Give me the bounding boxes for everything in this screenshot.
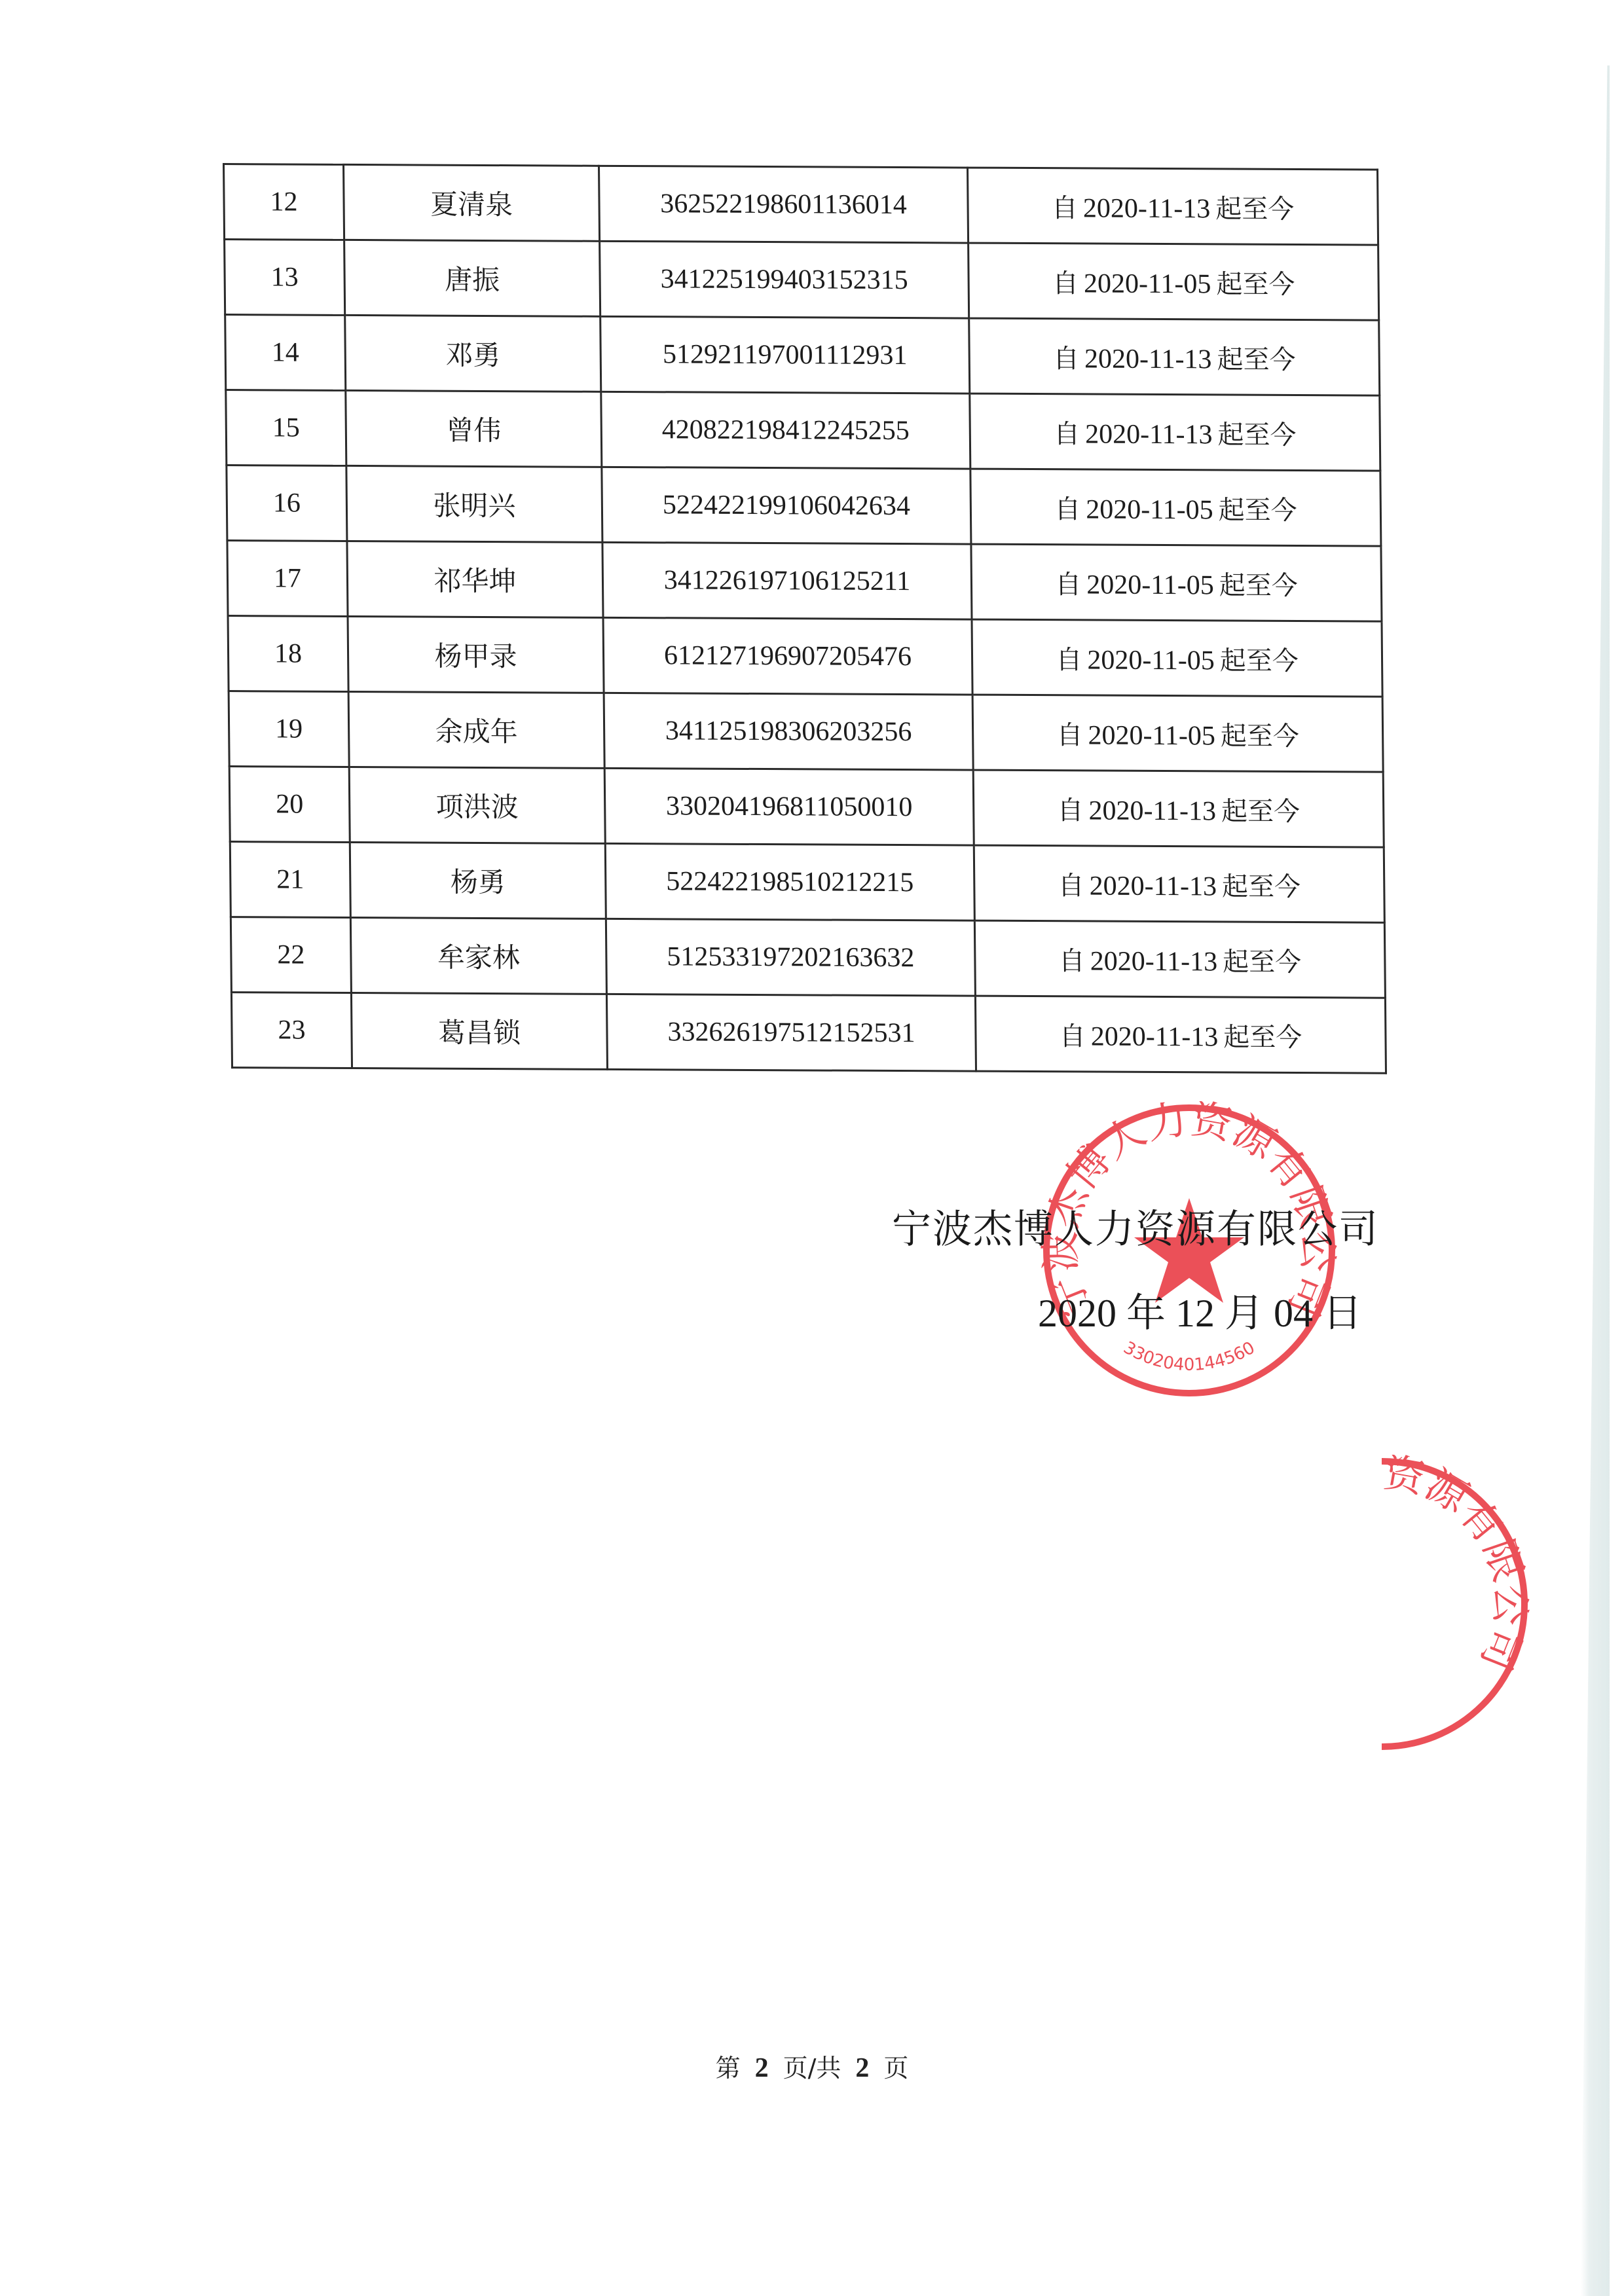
period-start-date: 2020-11-13 bbox=[1090, 946, 1217, 977]
employment-period: 自2020-11-13起至今 bbox=[969, 318, 1380, 395]
period-suffix: 起至今 bbox=[1222, 871, 1301, 902]
seal-code-text: 3302040144560 bbox=[1120, 1338, 1258, 1375]
period-start-date: 2020-11-13 bbox=[1084, 344, 1212, 374]
period-suffix: 起至今 bbox=[1223, 947, 1301, 977]
scan-edge-artifact bbox=[1581, 65, 1610, 2296]
employee-name: 葛昌锁 bbox=[351, 993, 607, 1069]
footer-prefix: 第 bbox=[716, 2054, 741, 2083]
period-start-date: 2020-11-05 bbox=[1087, 645, 1215, 676]
partial-seal-ring-text: 宁波杰博人力资源有限公司 bbox=[1232, 1455, 1531, 1677]
period-suffix: 起至今 bbox=[1221, 796, 1300, 827]
table-row: 13唐振341225199403152315自2020-11-05起至今 bbox=[225, 240, 1379, 321]
employment-period: 自2020-11-13起至今 bbox=[975, 996, 1386, 1073]
table-row: 19余成年341125198306203256自2020-11-05起至今 bbox=[229, 691, 1383, 773]
period-suffix: 起至今 bbox=[1217, 420, 1296, 450]
table-row: 16张明兴522422199106042634自2020-11-05起至今 bbox=[227, 465, 1381, 547]
row-number: 14 bbox=[225, 315, 346, 391]
employee-name: 邓勇 bbox=[345, 315, 601, 392]
employee-name: 祁华坤 bbox=[347, 541, 603, 617]
period-prefix: 自 bbox=[1060, 1021, 1086, 1051]
employee-name: 唐振 bbox=[344, 240, 600, 316]
employment-period: 自2020-11-13起至今 bbox=[974, 920, 1385, 998]
id-number: 330204196811050010 bbox=[604, 768, 974, 845]
id-number: 332626197512152531 bbox=[606, 994, 976, 1071]
employment-period: 自2020-11-05起至今 bbox=[971, 544, 1382, 621]
period-start-date: 2020-11-13 bbox=[1083, 193, 1211, 224]
id-number: 522422199106042634 bbox=[602, 467, 971, 544]
row-number: 22 bbox=[231, 917, 351, 993]
row-number: 19 bbox=[229, 691, 349, 767]
employee-name: 杨勇 bbox=[350, 842, 606, 919]
employment-period: 自2020-11-13起至今 bbox=[974, 845, 1384, 922]
period-suffix: 起至今 bbox=[1215, 194, 1294, 225]
row-number: 12 bbox=[224, 164, 344, 240]
period-prefix: 自 bbox=[1055, 570, 1081, 600]
partial-seal-stamp: 宁波杰博人力资源有限公司 bbox=[1232, 1455, 1531, 1753]
row-number: 13 bbox=[225, 240, 345, 316]
period-suffix: 起至今 bbox=[1216, 269, 1295, 300]
id-number: 362522198601136014 bbox=[599, 166, 969, 243]
employment-period: 自2020-11-05起至今 bbox=[972, 619, 1382, 697]
id-number: 512921197001112931 bbox=[600, 316, 970, 393]
period-prefix: 自 bbox=[1058, 946, 1084, 976]
period-start-date: 2020-11-13 bbox=[1089, 871, 1217, 902]
period-prefix: 自 bbox=[1054, 419, 1080, 449]
id-number: 420822198412245255 bbox=[601, 392, 970, 469]
id-number: 512533197202163632 bbox=[606, 919, 975, 996]
period-prefix: 自 bbox=[1052, 193, 1078, 223]
employment-period: 自2020-11-13起至今 bbox=[970, 393, 1380, 471]
period-suffix: 起至今 bbox=[1223, 1022, 1302, 1053]
employment-period: 自2020-11-13起至今 bbox=[968, 168, 1378, 245]
table-row: 23葛昌锁332626197512152531自2020-11-13起至今 bbox=[231, 993, 1386, 1074]
employment-period: 自2020-11-05起至今 bbox=[970, 469, 1381, 546]
table-row: 17祁华坤341226197106125211自2020-11-05起至今 bbox=[227, 541, 1382, 622]
footer-total-pages: 2 bbox=[855, 2053, 869, 2083]
row-number: 15 bbox=[226, 390, 346, 466]
period-prefix: 自 bbox=[1052, 268, 1079, 299]
period-prefix: 自 bbox=[1054, 494, 1080, 524]
period-prefix: 自 bbox=[1058, 871, 1084, 901]
table-row: 14邓勇512921197001112931自2020-11-13起至今 bbox=[225, 315, 1380, 396]
table-row: 12夏清泉362522198601136014自2020-11-13起至今 bbox=[224, 164, 1378, 246]
row-number: 16 bbox=[227, 465, 347, 541]
roster-table: 12夏清泉362522198601136014自2020-11-13起至今13唐… bbox=[223, 163, 1387, 1074]
footer-middle: 页/共 bbox=[783, 2054, 841, 2083]
row-number: 20 bbox=[229, 767, 350, 843]
period-start-date: 2020-11-13 bbox=[1091, 1021, 1219, 1052]
period-start-date: 2020-11-05 bbox=[1086, 570, 1214, 600]
employee-name: 曾伟 bbox=[346, 390, 602, 467]
footer-page-number: 2 bbox=[755, 2053, 769, 2083]
id-number: 341225199403152315 bbox=[600, 241, 969, 318]
employee-name: 牟家林 bbox=[350, 917, 606, 994]
row-number: 21 bbox=[230, 842, 350, 918]
employee-name: 杨甲录 bbox=[348, 616, 604, 693]
period-start-date: 2020-11-05 bbox=[1086, 494, 1213, 525]
period-prefix: 自 bbox=[1056, 720, 1082, 750]
id-number: 341125198306203256 bbox=[604, 693, 973, 770]
table-row: 20项洪波330204196811050010自2020-11-13起至今 bbox=[229, 767, 1384, 848]
row-number: 23 bbox=[231, 993, 352, 1068]
employment-period: 自2020-11-05起至今 bbox=[969, 243, 1379, 320]
roster-table-body: 12夏清泉362522198601136014自2020-11-13起至今13唐… bbox=[224, 164, 1386, 1074]
roster-table-container: 12夏清泉362522198601136014自2020-11-13起至今13唐… bbox=[223, 163, 1377, 1074]
period-start-date: 2020-11-13 bbox=[1085, 419, 1213, 450]
table-row: 21杨勇522422198510212215自2020-11-13起至今 bbox=[230, 842, 1384, 923]
id-number: 612127196907205476 bbox=[603, 617, 972, 695]
period-suffix: 起至今 bbox=[1217, 344, 1295, 375]
period-prefix: 自 bbox=[1057, 795, 1083, 826]
id-number: 341226197106125211 bbox=[602, 542, 972, 619]
period-start-date: 2020-11-05 bbox=[1084, 268, 1211, 299]
row-number: 17 bbox=[227, 541, 348, 617]
table-row: 18杨甲录612127196907205476自2020-11-05起至今 bbox=[228, 616, 1382, 697]
employee-name: 夏清泉 bbox=[344, 164, 600, 241]
period-suffix: 起至今 bbox=[1219, 570, 1297, 601]
period-start-date: 2020-11-13 bbox=[1088, 795, 1216, 826]
period-suffix: 起至今 bbox=[1218, 495, 1297, 526]
employment-period: 自2020-11-05起至今 bbox=[972, 695, 1383, 772]
id-number: 522422198510212215 bbox=[605, 843, 974, 920]
period-prefix: 自 bbox=[1053, 344, 1079, 374]
row-number: 18 bbox=[228, 616, 348, 692]
employment-period: 自2020-11-13起至今 bbox=[973, 770, 1384, 847]
table-row: 15曾伟420822198412245255自2020-11-13起至今 bbox=[226, 390, 1380, 471]
period-start-date: 2020-11-05 bbox=[1088, 720, 1215, 751]
footer-suffix: 页 bbox=[883, 2054, 908, 2083]
employee-name: 张明兴 bbox=[346, 465, 602, 542]
signature-date: 2020 年 12 月 04 日 bbox=[1038, 1282, 1362, 1338]
period-prefix: 自 bbox=[1056, 645, 1082, 675]
employee-name: 余成年 bbox=[348, 691, 604, 768]
page-footer: 第2页/共2页 bbox=[0, 2048, 1624, 2084]
company-signature: 宁波杰博人力资源有限公司 bbox=[892, 1198, 1379, 1254]
table-row: 22牟家林512533197202163632自2020-11-13起至今 bbox=[231, 917, 1385, 998]
employee-name: 项洪波 bbox=[349, 767, 605, 843]
period-suffix: 起至今 bbox=[1221, 721, 1299, 752]
period-suffix: 起至今 bbox=[1220, 646, 1299, 676]
